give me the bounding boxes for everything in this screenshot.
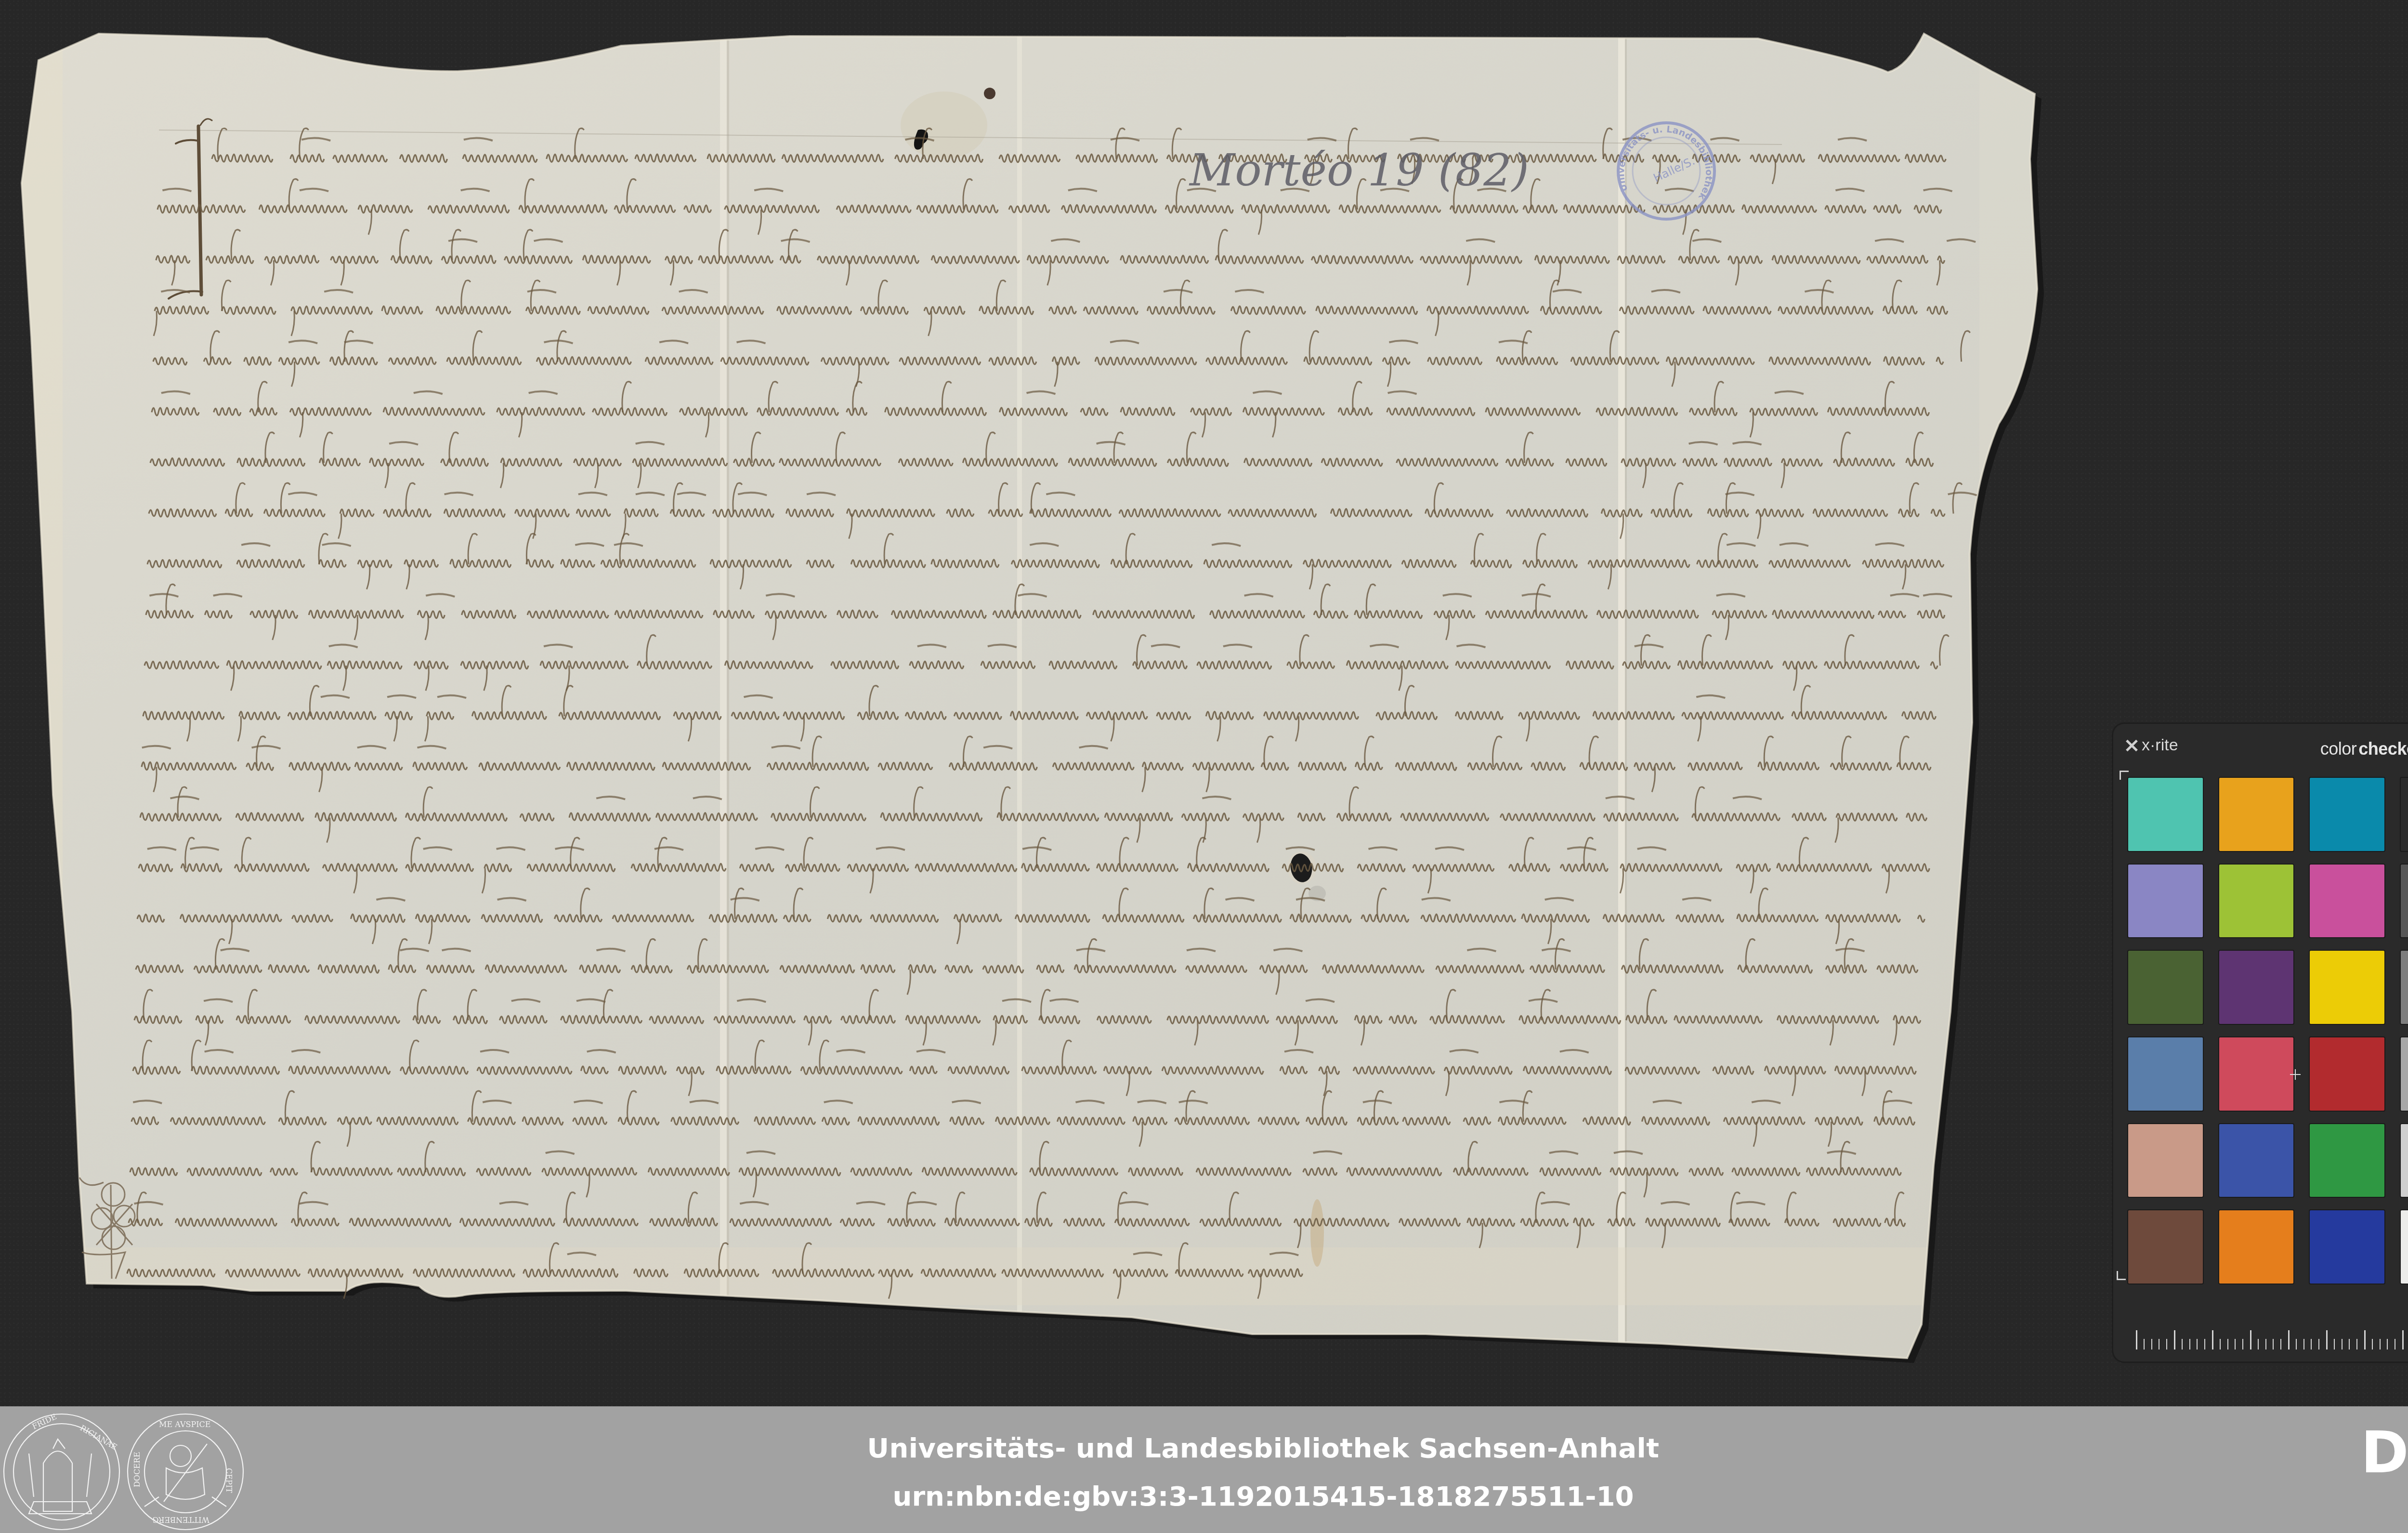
swatch-blue-sky [2128, 1037, 2203, 1111]
swatch-neutral-3-5 [2401, 865, 2408, 938]
swatch-yellow [2310, 951, 2384, 1024]
xrite-x-icon [2125, 739, 2138, 752]
swatch-magenta [2310, 865, 2384, 938]
product-bold: checker [2358, 739, 2408, 759]
swatch-blue [2219, 1124, 2294, 1197]
swatch-black [2401, 778, 2408, 851]
swatch-dark-skin [2128, 1210, 2203, 1284]
swatch-grid [2126, 778, 2408, 1284]
xrite-logo: x·rite [2125, 736, 2178, 755]
swatch-neutral-8 [2401, 1124, 2408, 1197]
product-light: color [2320, 739, 2357, 759]
swatch-moderate-red [2219, 1037, 2294, 1111]
registration-corner-icon [2117, 1271, 2126, 1280]
institution-name: Universitäts- und Landesbibliothek Sachs… [0, 1433, 2408, 1464]
swatch-light-skin [2128, 1124, 2203, 1197]
center-crosshair-icon [2290, 1069, 2301, 1080]
university-seals-icon: FRIDE RICIANAE ME AVSPICE CEPIT DOCERE W… [0, 1410, 250, 1533]
swatch-white [2401, 1210, 2408, 1284]
mm-ruler-major-ticks [2136, 1330, 2408, 1350]
dfg-logo: DFG [2361, 1424, 2408, 1482]
svg-text:WITTENBERG: WITTENBERG [153, 1515, 209, 1524]
swatch-red [2310, 1037, 2384, 1111]
shelfmark-annotation: Mortéo 19 (82) [1189, 144, 1529, 196]
svg-text:ME AVSPICE: ME AVSPICE [159, 1420, 210, 1429]
parchment-charter: Mortéo 19 (82) Universitäts- u. Landesbi… [0, 0, 2408, 1406]
swatch-cyan [2310, 778, 2384, 851]
brand-label: x·rite [2142, 736, 2178, 755]
swatch-orange-yellow [2219, 778, 2294, 851]
swatch-blue-flower [2128, 865, 2203, 938]
swatch-foliage [2128, 951, 2203, 1024]
svg-text:Mortéo 19 (82): Mortéo 19 (82) [1189, 144, 1529, 196]
swatch-orange [2219, 1210, 2294, 1284]
swatch-yellow-green [2219, 865, 2294, 938]
urn-identifier[interactable]: urn:nbn:de:gbv:3:3-1192015415-1818275511… [0, 1481, 2408, 1512]
swatch-bluish-green [2128, 778, 2203, 851]
color-checker-card: x·rite colorchecker CLASSIC mm [2112, 722, 2408, 1363]
swatch-green [2310, 1124, 2384, 1197]
swatch-blue-primary [2310, 1210, 2384, 1284]
swatch-neutral-5 [2401, 951, 2408, 1024]
swatch-neutral-6-5 [2401, 1037, 2408, 1111]
svg-text:FRIDE: FRIDE [31, 1412, 58, 1431]
colorchecker-title: colorchecker CLASSIC [2320, 739, 2408, 759]
library-footer: FRIDE RICIANAE ME AVSPICE CEPIT DOCERE W… [0, 1406, 2408, 1533]
swatch-purple [2219, 951, 2294, 1024]
